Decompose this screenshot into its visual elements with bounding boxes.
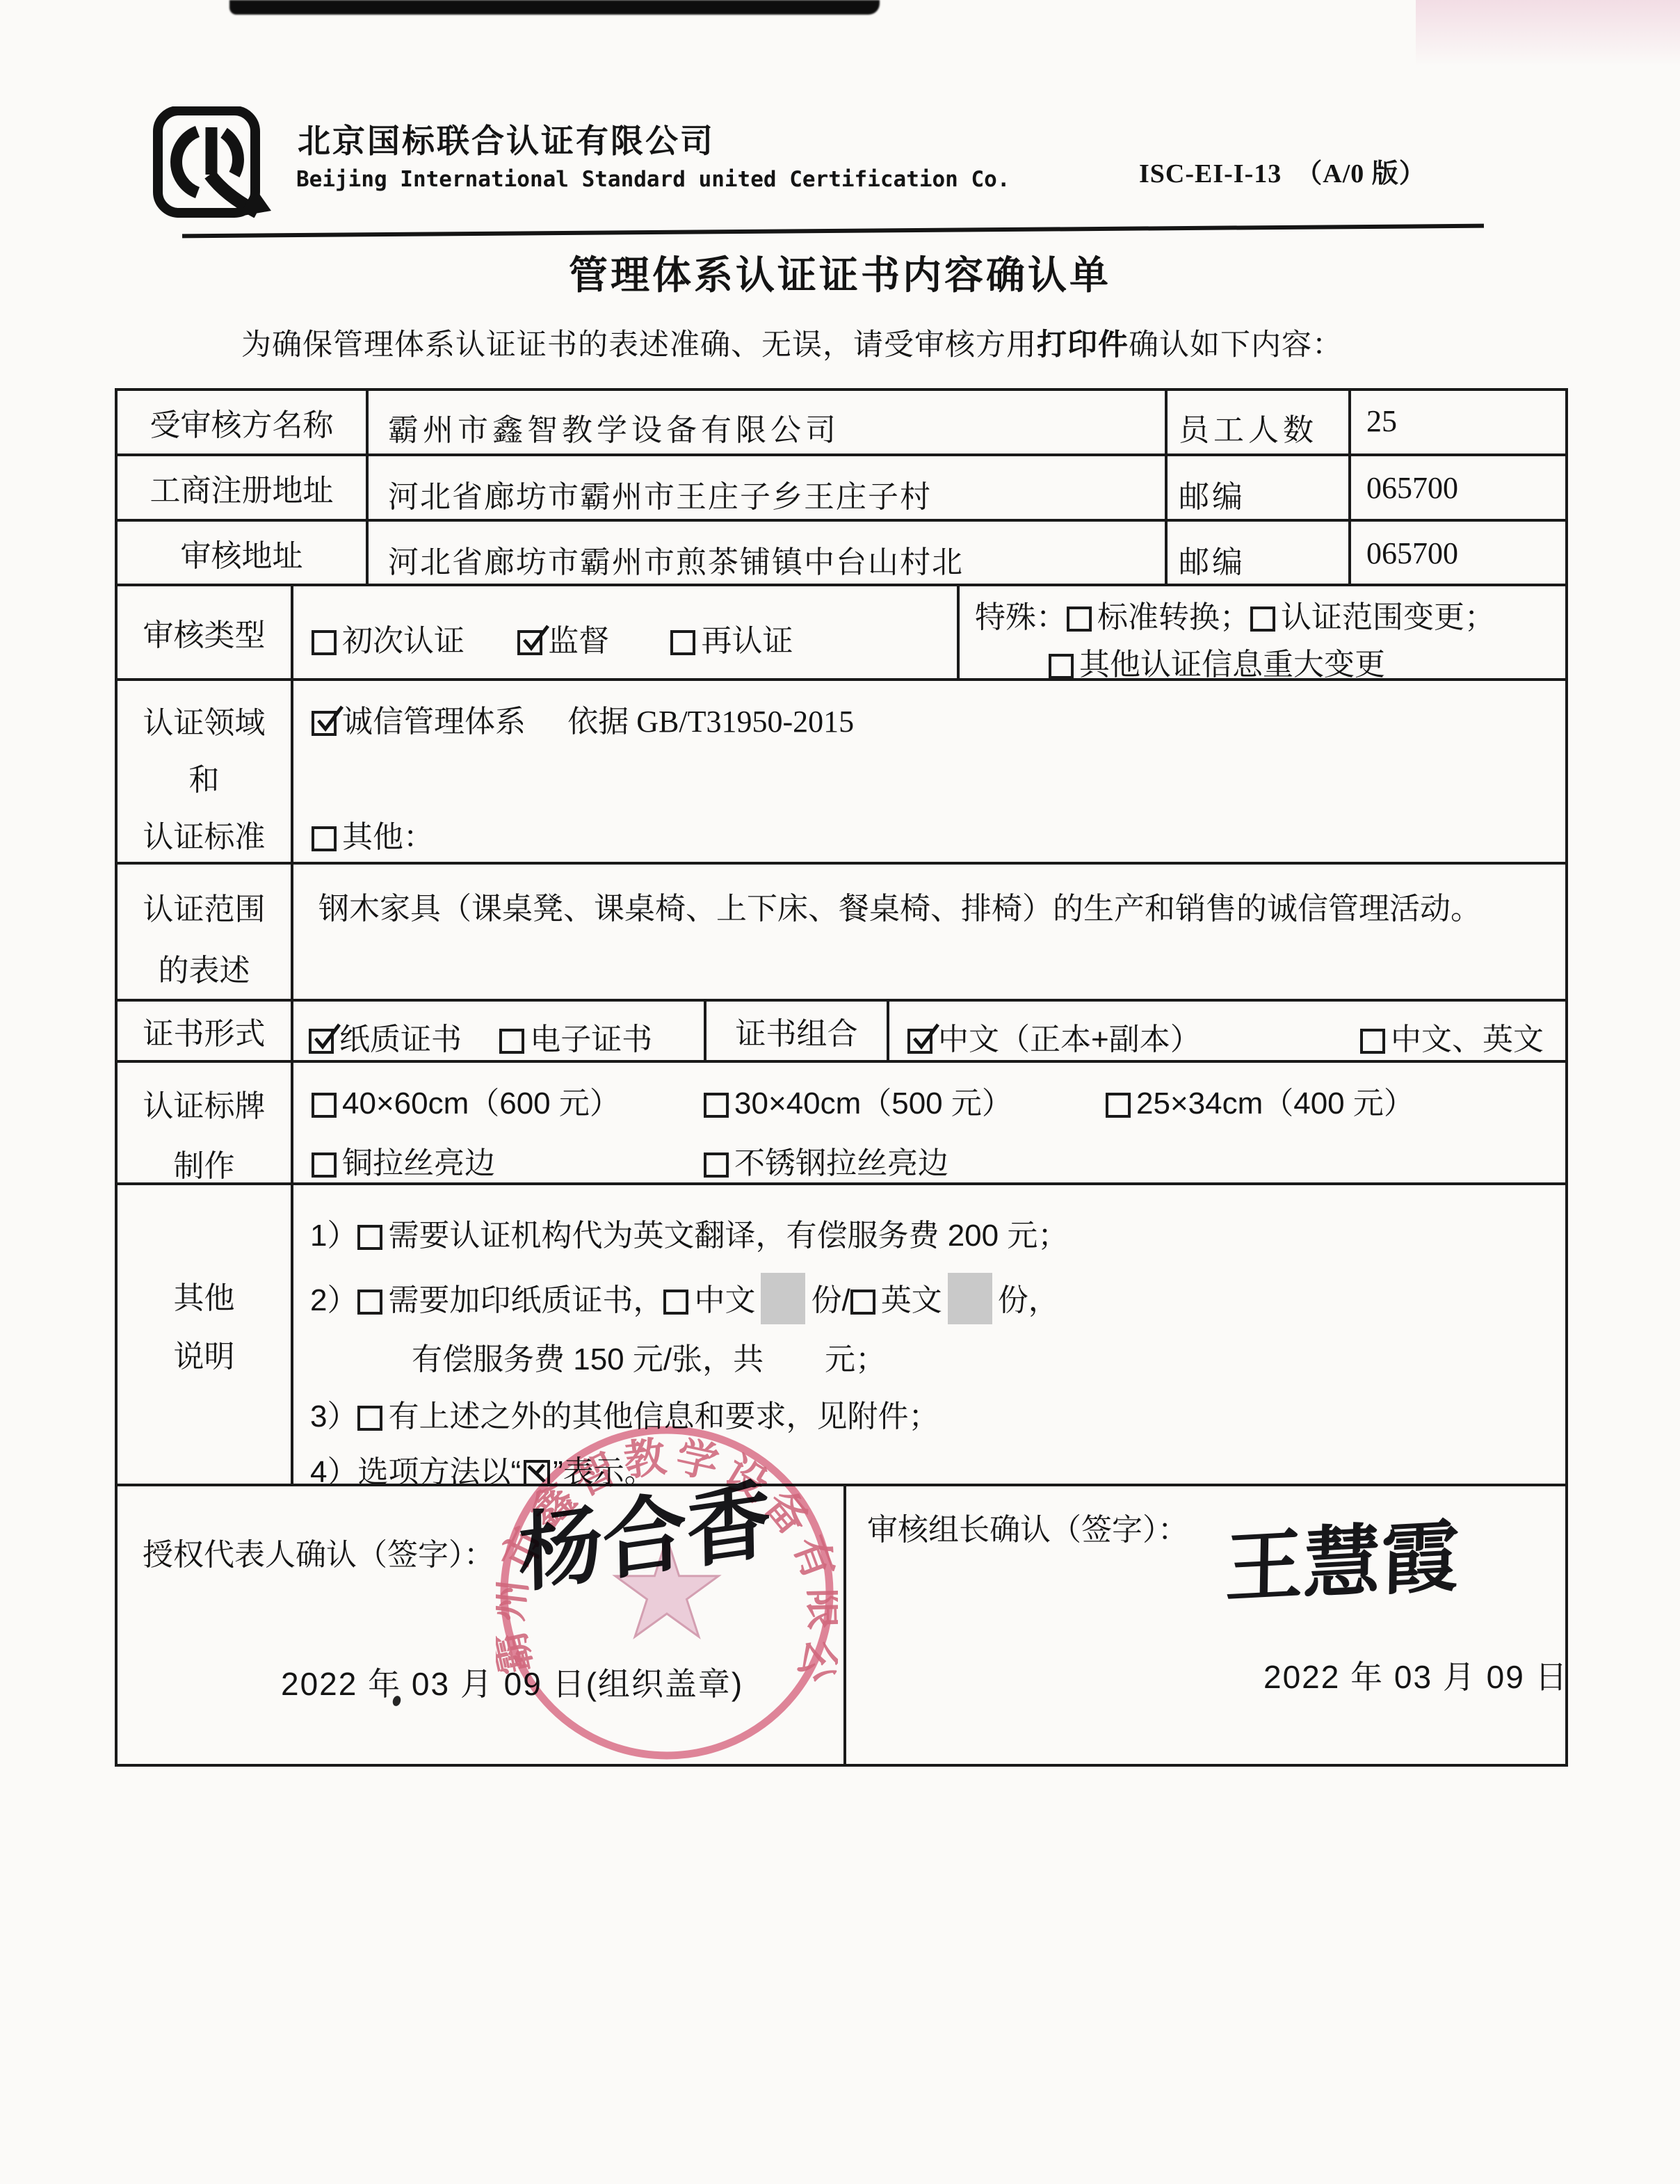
option-plaque-25x34: 25×34cm（400 元）: [1106, 1086, 1414, 1121]
option-paper-certificate: 纸质证书: [309, 1022, 462, 1057]
chinese-copies-fill-box[interactable]: [761, 1273, 805, 1324]
extra-chinese-label: 中文: [694, 1283, 755, 1317]
checkbox-extra-english[interactable]: [850, 1290, 875, 1315]
option-label: 25×34cm（400 元）: [1136, 1086, 1414, 1121]
reg-zip-label: 邮编: [1179, 472, 1245, 516]
company-name-english: Beijing International Standard united Ce…: [296, 167, 1010, 192]
row-cert-field: 认证领域 和 认证标准 诚信管理体系 依据 GB/T31950-2015 其他：: [118, 678, 1565, 861]
option-label: 初次认证: [342, 624, 465, 658]
certification-body-logo-icon: [152, 106, 271, 221]
reg-zip-label-cell: 邮编: [1165, 456, 1348, 519]
auditee-value: 霸州市鑫智教学设备有限公司: [388, 405, 840, 449]
cert-field-label-2: 和: [118, 755, 291, 799]
checkbox-recertification[interactable]: [670, 630, 695, 655]
audit-address-value: 河北省廊坊市霸州市煎茶铺镇中台山村北: [388, 537, 964, 581]
audit-leader-cell: 审核组长确认（签字）： 王慧霞 2022 年 03 月 09 日: [843, 1486, 1565, 1764]
row-audit-address: 审核地址 河北省廊坊市霸州市煎茶铺镇中台山村北 邮编 065700: [118, 519, 1565, 584]
staff-count-label-cell: 员工人数: [1165, 391, 1348, 453]
cert-field-content-cell: 诚信管理体系 依据 GB/T31950-2015 其他：: [291, 681, 1565, 861]
cert-form-options-cell: 纸质证书 电子证书: [291, 1002, 704, 1060]
staff-count-value: 25: [1366, 403, 1397, 439]
checkbox-electronic-certificate[interactable]: [499, 1029, 524, 1054]
english-copies-fill-box[interactable]: [948, 1273, 992, 1324]
option-recertification: 再认证: [670, 624, 793, 658]
audit-leader-date: 2022 年 03 月 09 日: [1263, 1652, 1569, 1698]
intro-line: 为确保管理体系认证证书的表述准确、无误，请受审核方用打印件确认如下内容：: [241, 321, 1343, 364]
checkbox-extra-chinese[interactable]: [663, 1290, 688, 1315]
intro-suffix: 确认如下内容：: [1129, 328, 1343, 362]
audit-leader-label: 审核组长确认（签字）：: [867, 1504, 1188, 1549]
reg-address-cell: 河北省廊坊市霸州市王庄子乡王庄子村: [366, 456, 1165, 519]
option-other-standard: 其他：: [312, 820, 434, 854]
scope-text: 钢木家具（课桌凳、课桌椅、上下床、餐桌椅、排椅）的生产和销售的诚信管理活动。: [318, 877, 1563, 941]
notes-label-cell: 其他 说明: [118, 1185, 291, 1484]
audit-zip-cell: 065700: [1348, 522, 1565, 584]
special-prefix: 特殊：: [975, 600, 1067, 634]
checkbox-copper-brushed-edge[interactable]: [312, 1153, 337, 1178]
option-initial-certification: 初次认证: [312, 624, 465, 658]
note2-en-suffix: 份，: [998, 1283, 1059, 1317]
plaque-content-cell: 40×60cm（600 元） 30×40cm（500 元） 25×34cm（40…: [291, 1063, 1565, 1182]
notes-content-cell: 1）需要认证机构代为英文翻译，有偿服务费 200 元； 2）需要加印纸质证书，中…: [291, 1185, 1565, 1484]
option-label: 监督: [548, 624, 609, 658]
audit-type-special-cell: 特殊：标准转换；认证范围变更； 其他认证信息重大变更: [957, 586, 1565, 678]
staff-count-cell: 25: [1348, 391, 1565, 453]
row-auditee: 受审核方名称 霸州市鑫智教学设备有限公司 员工人数 25: [118, 391, 1565, 453]
option-chinese-original-copy: 中文（正本+副本）: [907, 1022, 1201, 1057]
plaque-label-1: 认证标牌: [118, 1081, 291, 1125]
cert-field-label-cell: 认证领域 和 认证标准: [118, 681, 291, 861]
audit-leader-signature[interactable]: 王慧霞: [1225, 1494, 1460, 1619]
option-label: 纸质证书: [339, 1022, 462, 1057]
note2-cn-suffix: 份/: [811, 1283, 850, 1317]
option-copper-brushed-edge: 铜拉丝亮边: [312, 1146, 495, 1180]
note2-text: 需要加印纸质证书，: [388, 1283, 663, 1317]
reg-address-value: 河北省廊坊市霸州市王庄子乡王庄子村: [388, 472, 932, 516]
checkbox-plaque-30x40[interactable]: [704, 1093, 729, 1118]
option-other-major-change: 其他认证信息重大变更: [1049, 648, 1385, 682]
audit-zip-label-cell: 邮编: [1165, 522, 1348, 584]
option-integrity-management-system: 诚信管理体系: [312, 705, 526, 739]
cert-field-label-1: 认证领域: [118, 698, 291, 742]
option-label: 认证范围变更；: [1281, 600, 1495, 634]
header-divider: [182, 224, 1484, 239]
option-plaque-30x40: 30×40cm（500 元）: [704, 1086, 1012, 1121]
audit-zip-value: 065700: [1366, 536, 1458, 571]
cert-combo-label: 证书组合: [704, 1002, 887, 1060]
option-chinese-english: 中文、英文: [1360, 1022, 1544, 1057]
note3-number: 3）: [310, 1399, 357, 1434]
checkbox-other-standard[interactable]: [312, 826, 337, 851]
document-code: ISC-EI-I-13 （A/0 版）: [1139, 152, 1426, 190]
option-electronic-certificate: 电子证书: [499, 1022, 652, 1057]
page-title: 管理体系认证证书内容确认单: [0, 245, 1680, 300]
option-label: 30×40cm（500 元）: [734, 1086, 1012, 1121]
option-label: 中文、英文: [1391, 1022, 1544, 1057]
notes-label-1: 其他: [118, 1273, 291, 1317]
note2-number: 2）: [310, 1283, 357, 1317]
cert-field-label-3: 认证标准: [118, 812, 291, 856]
row-scope: 认证范围 的表述 钢木家具（课桌凳、课桌椅、上下床、餐桌椅、排椅）的生产和销售的…: [118, 862, 1565, 999]
option-label: 其他：: [342, 820, 434, 854]
option-label: 再认证: [701, 624, 793, 658]
row-registered-address: 工商注册地址 河北省廊坊市霸州市王庄子乡王庄子村 邮编 065700: [118, 453, 1565, 519]
scan-pink-smudge: [1416, 0, 1680, 66]
plaque-label-2: 制作: [118, 1141, 291, 1185]
option-label: 标准转换；: [1097, 600, 1250, 634]
extra-english-label: 英文: [881, 1283, 942, 1317]
checkbox-other-info[interactable]: [357, 1406, 382, 1431]
option-surveillance: 监督: [517, 624, 609, 658]
intro-bold: 打印件: [1037, 328, 1129, 362]
row-plaque: 认证标牌 制作 40×60cm（600 元） 30×40cm（500 元） 25…: [118, 1060, 1565, 1182]
option-plaque-40x60: 40×60cm（600 元）: [312, 1086, 620, 1121]
company-seal-stamp: 霸州市鑫智教学设备有限公司: [496, 1422, 838, 1764]
row-signatures: 授权代表人确认（签字）： 杨合香 2022 年 03 月 09 日(组织盖章) …: [118, 1484, 1565, 1764]
intro-prefix: 为确保管理体系认证证书的表述准确、无误，请受审核方用: [241, 328, 1037, 362]
checkbox-plaque-40x60[interactable]: [312, 1093, 337, 1118]
auditee-label: 受审核方名称: [118, 391, 366, 453]
scan-edge-artifact: [229, 0, 880, 15]
company-name-chinese: 北京国标联合认证有限公司: [298, 115, 715, 162]
option-label: 铜拉丝亮边: [342, 1146, 495, 1180]
cert-form-label: 证书形式: [118, 1002, 291, 1060]
reg-zip-cell: 065700: [1348, 456, 1565, 519]
scope-label-cell: 认证范围 的表述: [118, 865, 291, 999]
note1-text: 需要认证机构代为英文翻译，有偿服务费 200 元；: [388, 1219, 1068, 1253]
option-label: 诚信管理体系: [342, 705, 526, 739]
stamp-star-icon: [615, 1538, 718, 1637]
row-audit-type: 审核类型 初次认证 监督 再认证 特殊：标准转换；认证范围变更； 其他认证信息重…: [118, 584, 1565, 678]
checkbox-scope-change[interactable]: [1250, 607, 1275, 632]
checkbox-initial-certification[interactable]: [312, 630, 337, 655]
audit-address-cell: 河北省廊坊市霸州市煎茶铺镇中台山村北: [366, 522, 1165, 584]
cert-standard-basis: 依据 GB/T31950-2015: [567, 705, 854, 739]
checkbox-integrity-management-system[interactable]: [312, 711, 337, 736]
checkbox-other-major-change[interactable]: [1049, 654, 1074, 679]
checkbox-english-translation[interactable]: [357, 1225, 382, 1250]
audit-address-label: 审核地址: [118, 522, 366, 584]
notes-label-2: 说明: [118, 1331, 291, 1376]
scanned-document-page: 北京国标联合认证有限公司 Beijing International Stand…: [0, 0, 1680, 2184]
auditee-value-cell: 霸州市鑫智教学设备有限公司: [366, 391, 1165, 453]
scope-content-cell: 钢木家具（课桌凳、课桌椅、上下床、餐桌椅、排椅）的生产和销售的诚信管理活动。: [291, 865, 1565, 999]
option-label: 不锈钢拉丝亮边: [734, 1146, 948, 1180]
checkbox-extra-paper-certificate[interactable]: [357, 1290, 382, 1315]
option-label: 其他认证信息重大变更: [1079, 648, 1385, 682]
cert-combo-options-cell: 中文（正本+副本） 中文、英文: [887, 1002, 1565, 1060]
scope-label-2: 的表述: [118, 945, 291, 990]
option-label: 中文（正本+副本）: [938, 1022, 1201, 1057]
option-label: 电子证书: [530, 1022, 652, 1057]
scope-label-1: 认证范围: [118, 884, 291, 929]
confirmation-form-table: 受审核方名称 霸州市鑫智教学设备有限公司 员工人数 25 工商注册地址 河北省廊…: [115, 388, 1568, 1767]
checkbox-chinese-original-copy[interactable]: [907, 1029, 932, 1054]
plaque-label-cell: 认证标牌 制作: [118, 1063, 291, 1182]
audit-zip-label: 邮编: [1179, 537, 1245, 581]
note1-number: 1）: [310, 1219, 357, 1253]
checkbox-chinese-english[interactable]: [1360, 1029, 1385, 1054]
audit-type-label: 审核类型: [118, 586, 291, 678]
staff-count-label: 员工人数: [1179, 405, 1318, 449]
checkbox-plaque-25x34[interactable]: [1106, 1093, 1131, 1118]
audit-type-options-cell: 初次认证 监督 再认证: [291, 586, 957, 678]
option-stainless-brushed-edge: 不锈钢拉丝亮边: [704, 1146, 948, 1180]
authorized-rep-label: 授权代表人确认（签字）：: [143, 1529, 494, 1574]
checkbox-surveillance[interactable]: [517, 630, 542, 655]
row-cert-form: 证书形式 纸质证书 电子证书 证书组合 中文（正本+副本） 中文、英文: [118, 999, 1565, 1060]
row-notes: 其他 说明 1）需要认证机构代为英文翻译，有偿服务费 200 元； 2）需要加印…: [118, 1182, 1565, 1484]
reg-zip-value: 065700: [1366, 470, 1458, 506]
note2-line2: 有偿服务费 150 元/张，共 元；: [412, 1334, 886, 1379]
reg-address-label: 工商注册地址: [118, 456, 366, 519]
option-standard-transfer: 标准转换；: [1067, 600, 1250, 634]
checkbox-standard-transfer[interactable]: [1067, 607, 1092, 632]
checkbox-paper-certificate[interactable]: [309, 1029, 334, 1054]
option-label: 40×60cm（600 元）: [342, 1086, 620, 1121]
option-scope-change: 认证范围变更；: [1250, 600, 1495, 634]
checkbox-stainless-brushed-edge[interactable]: [704, 1153, 729, 1178]
